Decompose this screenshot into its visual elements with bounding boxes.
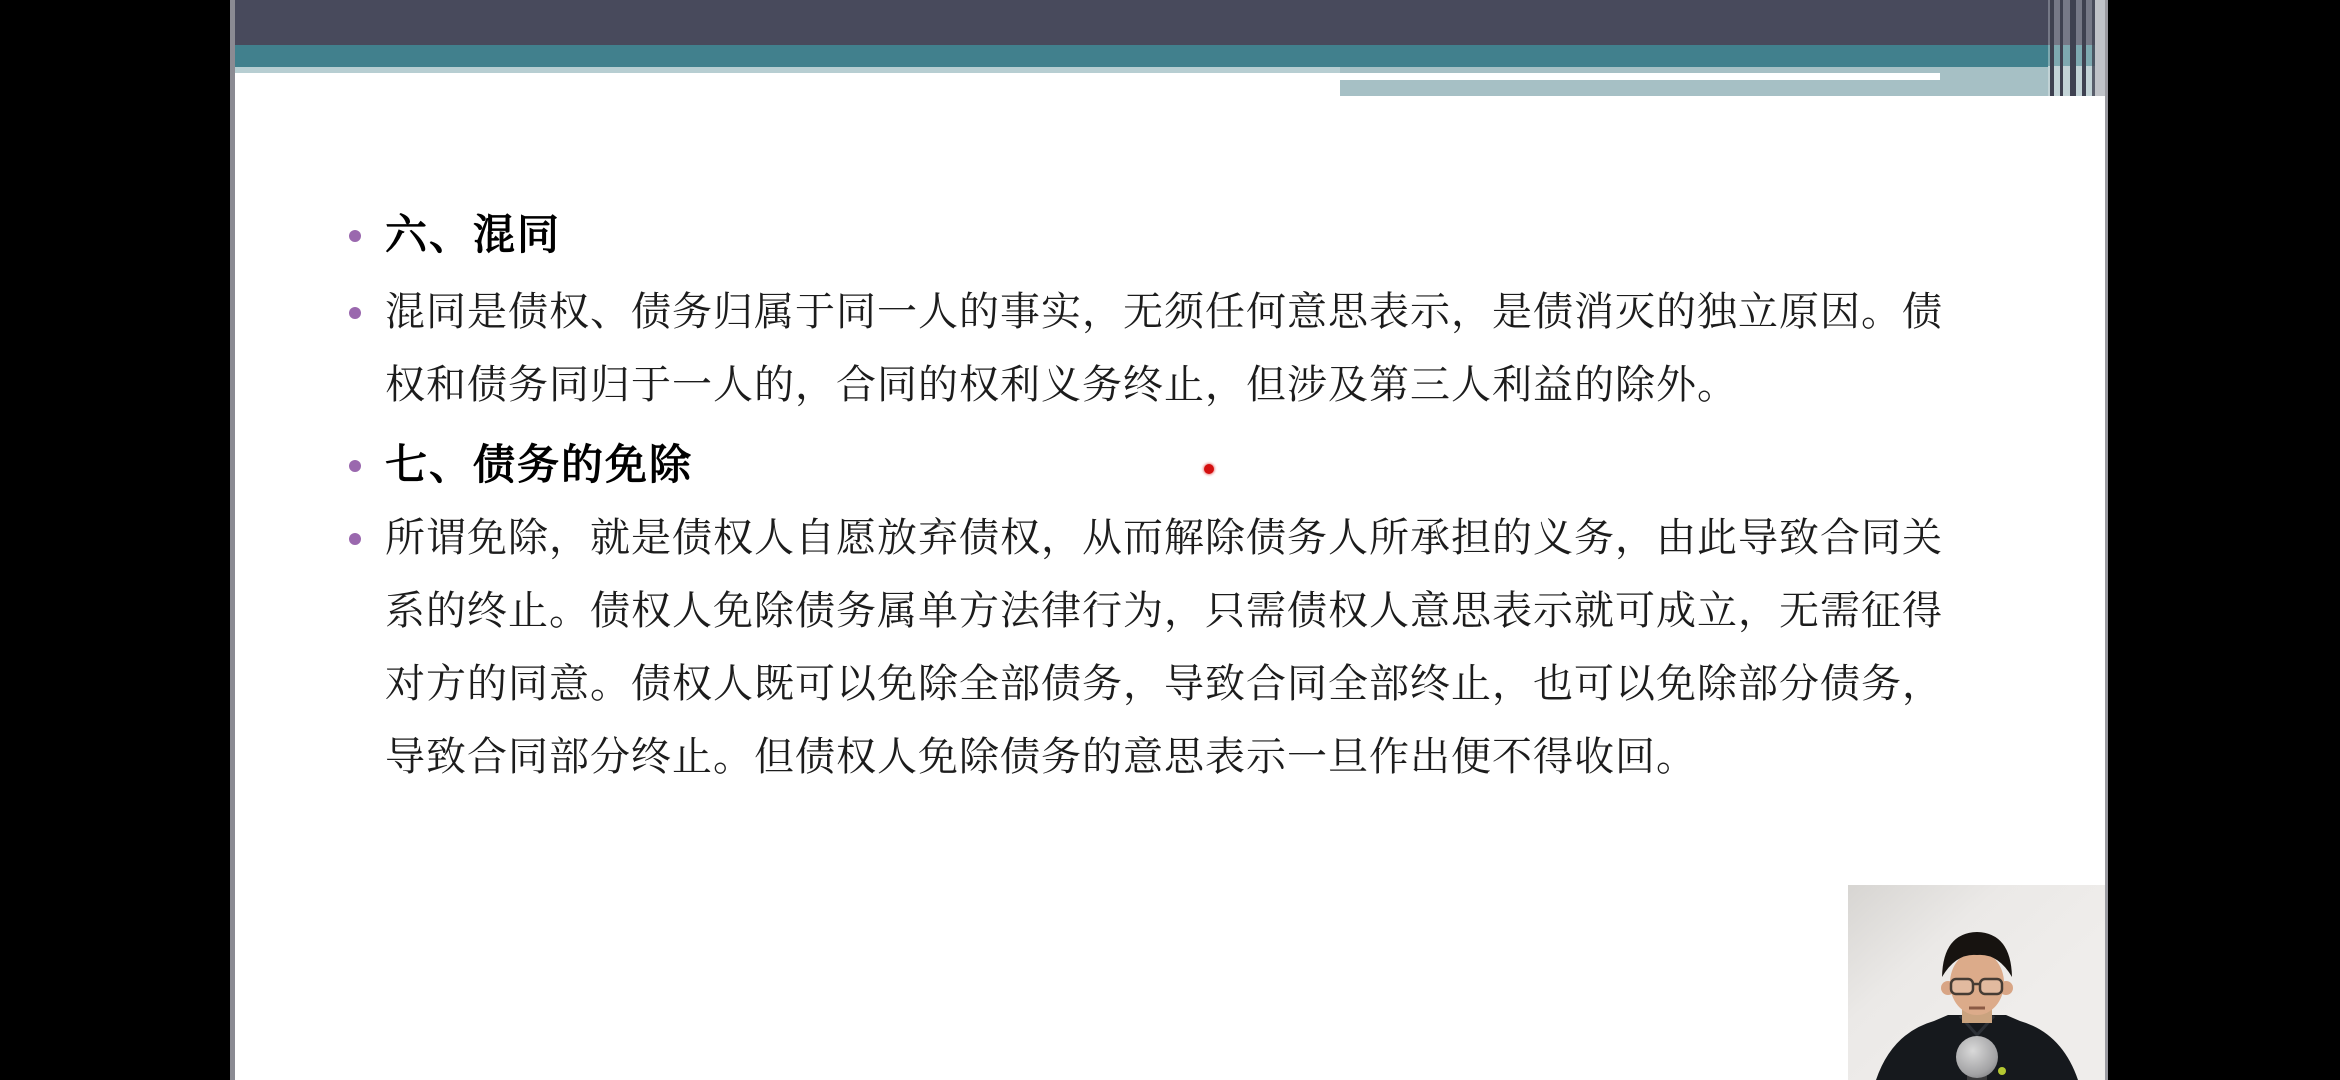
scrollbar-line (2082, 0, 2086, 96)
text-line: 权和债务同归于一人的，合同的权利义务终止，但涉及第三人利益的除外。 (385, 349, 1943, 422)
bullet-dot-icon (349, 230, 361, 242)
paragraph-block-merger: 混同是债权、债务归属于同一人的事实，无须任何意思表示，是债消灭的独立原因。债 权… (385, 276, 1943, 422)
scrollbar-line (2070, 0, 2076, 96)
video-frame: 六、混同 混同是债权、债务归属于同一人的事实，无须任何意思表示，是债消灭的独立原… (0, 0, 2340, 1080)
slide-canvas: 六、混同 混同是债权、债务归属于同一人的事实，无须任何意思表示，是债消灭的独立原… (235, 0, 2105, 1080)
bullet-dot-icon (349, 460, 361, 472)
scrollbar-line (2060, 0, 2063, 96)
paragraph-block-release: 所谓免除，就是债权人自愿放弃债权，从而解除债务人所承担的义务，由此导致合同关 系… (385, 502, 1943, 794)
instructor-avatar (1848, 885, 2105, 1080)
scrollbar-line (2050, 0, 2054, 96)
heading-text: 六、混同 (385, 210, 561, 260)
slide-header-bar (235, 0, 2050, 45)
text-line: 系的终止。债权人免除债务属单方法律行为，只需债权人意思表示就可成立，无需征得 (385, 575, 1943, 648)
scrollbar-track[interactable] (2048, 0, 2105, 96)
heading-block-release: 七、债务的免除 (385, 440, 693, 490)
text-line: 所谓免除，就是债权人自愿放弃债权，从而解除债务人所承担的义务，由此导致合同关 (385, 502, 1943, 575)
laser-pointer-dot (1204, 464, 1214, 474)
heading-text: 七、债务的免除 (385, 440, 693, 490)
heading-block-merger: 六、混同 (385, 210, 561, 260)
scrollbar-gutter (2095, 0, 2105, 96)
white-accent-line (1340, 73, 1940, 80)
bullet-dot-icon (349, 533, 361, 545)
instructor-webcam (1848, 885, 2105, 1080)
text-line: 导致合同部分终止。但债权人免除债务的意思表示一旦作出便不得收回。 (385, 721, 1943, 794)
shirt-logo (1998, 1067, 2006, 1075)
text-line: 对方的同意。债权人既可以免除全部债务，导致合同全部终止，也可以免除部分债务， (385, 648, 1943, 721)
text-line: 混同是债权、债务归属于同一人的事实，无须任何意思表示，是债消灭的独立原因。债 (385, 276, 1943, 349)
right-accent-band (1340, 67, 2105, 96)
right-frame-divider (2105, 0, 2108, 1080)
teal-stripe (235, 45, 2050, 67)
bullet-dot-icon (349, 307, 361, 319)
